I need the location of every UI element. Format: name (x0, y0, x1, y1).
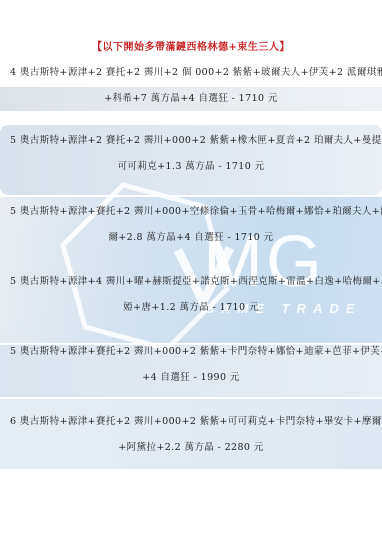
listing-line: +阿黛拉+2.2 萬方晶 - 2280 元 (10, 435, 372, 461)
listing-item-3: 5 奧古斯特+源津+賽托+2 霽川+000+空條徐倫+玉骨+哈梅爾+娜恰+珀爾夫… (10, 199, 372, 251)
listing-line: 6 奧古斯特+源津+賽托+2 霽川+000+2 紫紫+可可莉克+卡門奈特+畢安卡… (10, 409, 372, 435)
listing-item-6: 6 奧古斯特+源津+賽托+2 霽川+000+2 紫紫+可可莉克+卡門奈特+畢安卡… (10, 409, 372, 461)
listing-item-4: 5 奧古斯特+源津+4 霽川+曜+赫斯提亞+諾克斯+西涅克斯+雷溫+白逸+哈梅爾… (10, 269, 372, 321)
listing-line: 5 奧古斯特+源津+2 賽托+2 霽川+000+2 紫紫+橡木匣+夏音+2 珀爾… (10, 128, 372, 154)
listing-line: 4 奧古斯特+源津+2 賽托+2 霽川+2 個 000+2 紫紫+玻爾夫人+伊芙… (10, 60, 372, 86)
price-list-page: MG GAME TRADE 【以下開始多帶滿鏈西格林德+束生三人】 4 奧古斯特… (0, 0, 382, 540)
listing-item-2: 5 奧古斯特+源津+2 賽托+2 霽川+000+2 紫紫+橡木匣+夏音+2 珀爾… (10, 128, 372, 180)
listing-line: 5 奧古斯特+源津+賽托+2 霽川+000+2 紫紫+卡門奈特+娜恰+迪蒙+芭菲… (10, 339, 372, 365)
page-title: 【以下開始多帶滿鏈西格林德+束生三人】 (10, 38, 372, 53)
listing-line: +4 自選狂 - 1990 元 (10, 365, 372, 391)
listing-line: +科希+7 萬方晶+4 自選狂 - 1710 元 (10, 86, 372, 112)
listing-line: 5 奧古斯特+源津+4 霽川+曜+赫斯提亞+諾克斯+西涅克斯+雷溫+白逸+哈梅爾… (10, 269, 372, 295)
listing-line: 5 奧古斯特+源津+賽托+2 霽川+000+空條徐倫+玉骨+哈梅爾+娜恰+珀爾夫… (10, 199, 372, 225)
listing-line: 可可莉克+1.3 萬方晶 - 1710 元 (10, 154, 372, 180)
listing-item-5: 5 奧古斯特+源津+賽托+2 霽川+000+2 紫紫+卡門奈特+娜恰+迪蒙+芭菲… (10, 339, 372, 391)
listing-line: 婭+唐+1.2 萬方晶 - 1710 元 (10, 295, 372, 321)
listing-line: 爾+2.8 萬方晶+4 自選狂 - 1710 元 (10, 225, 372, 251)
listing-item-1: 4 奧古斯特+源津+2 賽托+2 霽川+2 個 000+2 紫紫+玻爾夫人+伊芙… (10, 60, 372, 112)
